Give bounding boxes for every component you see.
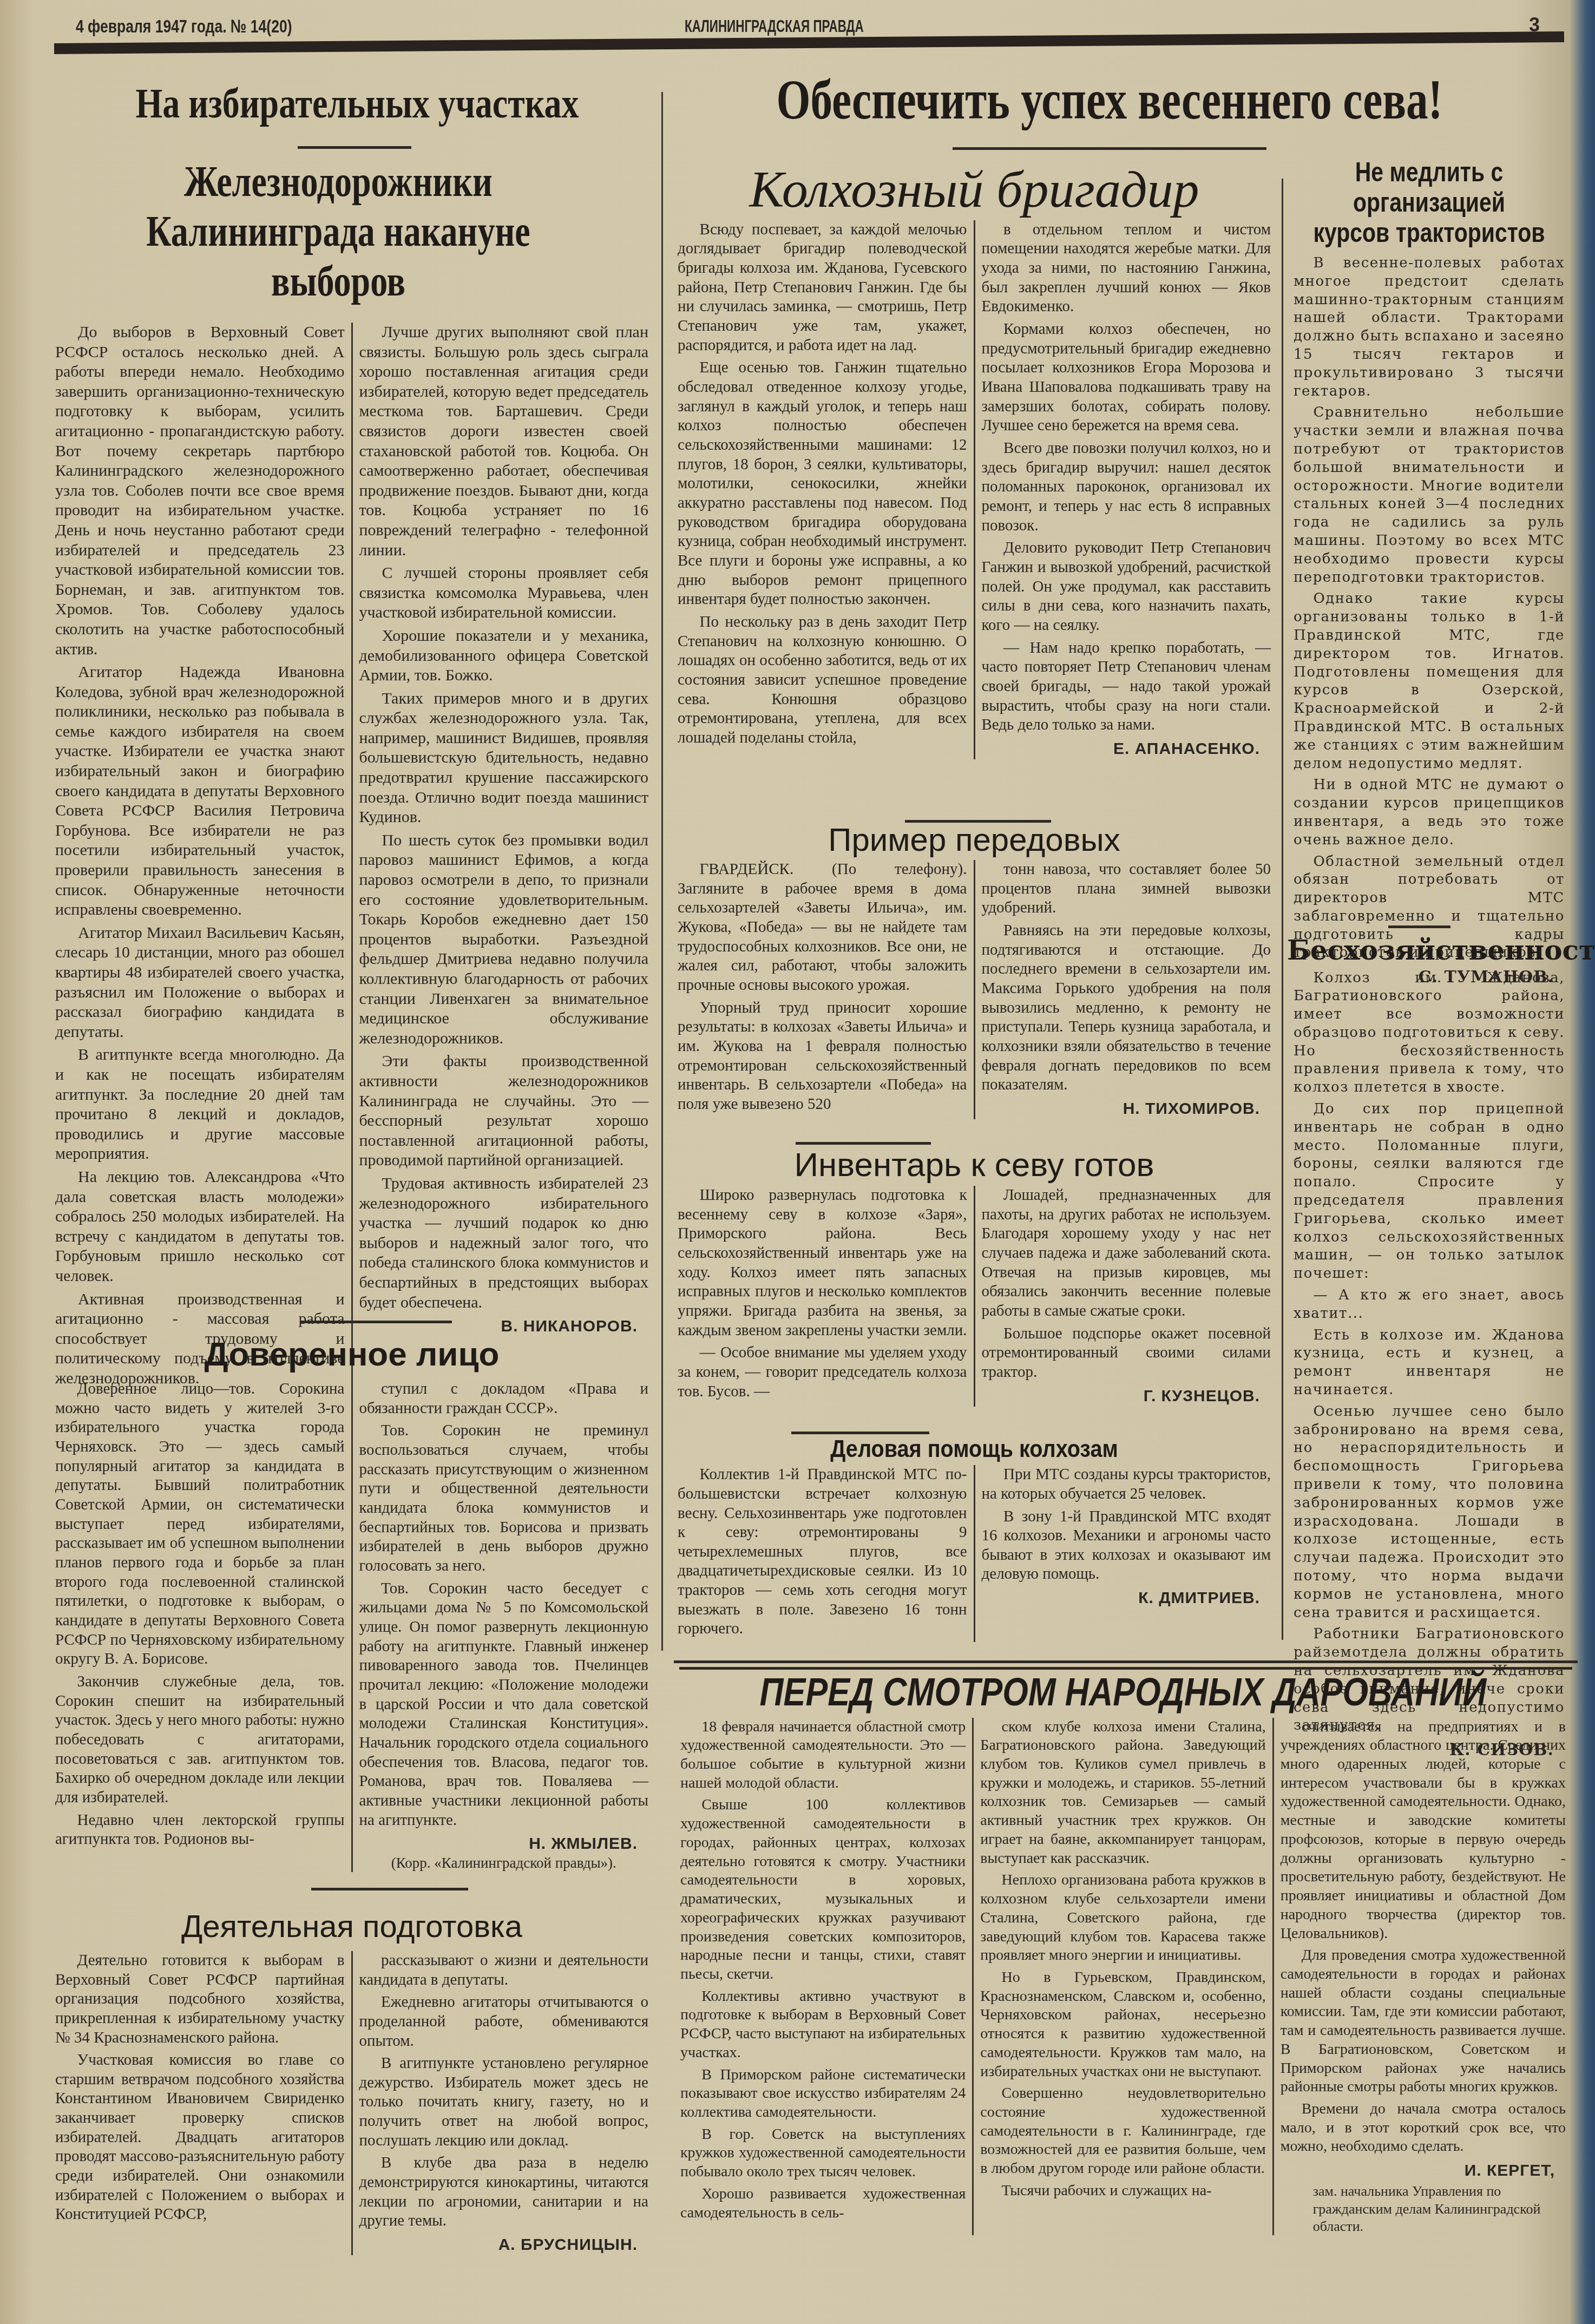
- paragraph: Лошадей, предназначенных для пахоты, на …: [982, 1186, 1271, 1321]
- paragraph: ском клубе колхоза имени Сталина, Баграт…: [980, 1718, 1265, 1868]
- banner-title: Обеспечить успех весеннего сева!: [767, 70, 1452, 129]
- paragraph: Деятельно готовится к выборам в Верховны…: [55, 1951, 345, 2047]
- article-column: ском клубе колхоза имени Сталина, Баграт…: [972, 1718, 1272, 2235]
- article-column: рассказывают о жизни и деятельности канд…: [351, 1951, 655, 2255]
- paragraph: Всего две повозки получил колхоз, но и з…: [982, 439, 1271, 535]
- article-title: ПЕРЕД СМОТРОМ НАРОДНЫХ ДАРОВАНИЙ: [741, 1672, 1505, 1718]
- byline: Е. АПАНАСЕНКО.: [982, 739, 1271, 759]
- article-kolkhoz-brigadier: Колхозный бригадир Всюду поспевает, за к…: [671, 162, 1277, 759]
- article-title: Колхозный бригадир: [671, 162, 1277, 220]
- paragraph: До сих пор прицепной инвентарь не собран…: [1294, 1100, 1565, 1283]
- rubric-title: На избирательных участках: [113, 81, 601, 126]
- paragraph: Ежедневно агитаторы отчитываются о проде…: [359, 1993, 649, 2051]
- newspaper-page: 4 февраля 1947 года. № 14(20) КАЛИНИНГРА…: [0, 0, 1595, 2324]
- paragraph: Ни в одной МТС не думают о создании курс…: [1294, 776, 1565, 849]
- article-column: ступил с докладом «Права и обязанности г…: [351, 1380, 655, 1872]
- article-column: ГВАРДЕЙСК. (По телефону). Загляните в ра…: [671, 860, 974, 1119]
- paragraph: Хорошие показатели и у механика, демобил…: [359, 626, 649, 686]
- article-folk-talents: ПЕРЕД СМОТРОМ НАРОДНЫХ ДАРОВАНИЙ 18 февр…: [674, 1672, 1572, 2235]
- paragraph: ступил с докладом «Права и обязанности г…: [359, 1380, 649, 1418]
- paragraph: Коллектив 1-й Правдинской МТС по-большев…: [678, 1465, 967, 1639]
- paragraph: В гор. Советск на выступлениях кружков х…: [680, 2125, 966, 2182]
- paragraph: Агитатор Михаил Васильевич Касьян, слеса…: [55, 923, 345, 1042]
- paragraph: По нескольку раз в день заходит Петр Сте…: [678, 613, 967, 748]
- paragraph: Деловито руководит Петр Степанович Ганжи…: [982, 539, 1271, 635]
- divider: [298, 146, 411, 149]
- paragraph: Агитатор Надежда Ивановна Коледова, зубн…: [55, 662, 345, 920]
- article-title: Доверенное лицо: [49, 1337, 655, 1380]
- paragraph: Тысячи рабочих и служащих на-: [980, 2182, 1265, 2201]
- paragraph: Трудовая активность избирателей 23 желез…: [359, 1174, 649, 1312]
- byline: Н. ТИХОМИРОВ.: [982, 1099, 1271, 1119]
- divider: [791, 1432, 929, 1434]
- paragraph: Сравнительно небольшие участки земли и в…: [1294, 404, 1565, 587]
- paragraph: Эти факты производственной активности же…: [359, 1052, 649, 1171]
- byline: К. ДМИТРИЕВ.: [982, 1588, 1271, 1609]
- paragraph: — Особое внимание мы уделяем уходу за ко…: [678, 1343, 967, 1401]
- article-column: В весенне-полевых работах многое предсто…: [1287, 254, 1571, 988]
- article-column: До выборов в Верховный Совет РСФСР остал…: [49, 323, 351, 1391]
- article-tractor-courses: Не медлить с организацией курсов трактор…: [1287, 157, 1571, 988]
- article-business-help: Деловая помощь колхозам Коллектив 1-й Пр…: [671, 1437, 1277, 1642]
- paragraph: В весенне-полевых работах многое предсто…: [1294, 254, 1565, 401]
- article-railway-workers: Железнодорожники Калининграда накануне в…: [22, 157, 655, 1391]
- column-divider: [1282, 179, 1283, 1640]
- article-column: считывается на предприятиях и в учрежден…: [1272, 1718, 1572, 2235]
- article-title: Не медлить с организацией курсов трактор…: [1312, 157, 1546, 254]
- section-rule: [679, 1667, 1572, 1670]
- article-title: Пример передовых: [671, 823, 1277, 860]
- paragraph: рассказывают о жизни и деятельности канд…: [359, 1951, 649, 1990]
- article-column: Коллектив 1-й Правдинской МТС по-большев…: [671, 1465, 974, 1642]
- paragraph: Широко развернулась подготовка к весенне…: [678, 1186, 967, 1340]
- byline-note: зам. начальника Управления по граждански…: [1281, 2183, 1566, 2235]
- paragraph: В агитпункте всегда многолюдно. Да и как…: [55, 1045, 345, 1164]
- article-column: Деятельно готовится к выборам в Верховны…: [49, 1951, 351, 2255]
- paragraph: В Приморском районе систематически показ…: [680, 2066, 966, 2122]
- divider: [311, 1888, 468, 1890]
- paragraph: Коллективы активно участвуют в подготовк…: [680, 1987, 966, 2063]
- divider: [300, 1321, 452, 1323]
- article-title: Деловая помощь колхозам: [701, 1437, 1247, 1465]
- paragraph: Однако такие курсы организованы только в…: [1294, 590, 1565, 773]
- article-leaders-example: Пример передовых ГВАРДЕЙСК. (По телефону…: [671, 823, 1277, 1119]
- paragraph: Неплохо организована работа кружков в ко…: [980, 1871, 1265, 1965]
- paragraph: Тов. Сорокин часто беседует с жильцами д…: [359, 1579, 649, 1830]
- section-rule: [674, 1660, 1578, 1663]
- paragraph: Совершенно неудовлетворительно состояние…: [980, 2084, 1265, 2178]
- article-column: Колхоз им. Жданова, Багратионовского рай…: [1287, 969, 1571, 1761]
- paragraph: Всюду поспевает, за каждой мелочью догля…: [678, 220, 967, 356]
- banner-spring-sowing: Обеспечить успех весеннего сева!: [671, 70, 1548, 129]
- paragraph: Но в Гурьевском, Правдинском, Краснознам…: [980, 1968, 1265, 2081]
- paragraph: Закончив служебные дела, тов. Сорокин сп…: [55, 1672, 345, 1808]
- paragraph: В зону 1-й Правдинской МТС входят 16 кол…: [982, 1507, 1271, 1585]
- article-column: Лучше других выполняют свой план связист…: [351, 323, 655, 1391]
- paragraph: Осенью лучшее сено было забронировано на…: [1294, 1403, 1565, 1623]
- paragraph: тонн навоза, что составляет более 50 про…: [982, 860, 1271, 918]
- paragraph: Колхоз им. Жданова, Багратионовского рай…: [1294, 969, 1565, 1098]
- paragraph: Для проведения смотра художественной сам…: [1281, 1946, 1566, 2097]
- issue-date: 4 февраля 1947 года. № 14(20): [76, 16, 292, 37]
- paragraph: в отдельном теплом и чистом помещении на…: [982, 220, 1271, 317]
- byline: В. НИКАНОРОВ.: [359, 1317, 649, 1337]
- paragraph: Доверенное лицо—тов. Сорокина можно част…: [55, 1380, 345, 1669]
- article-title: Железнодорожники Калининграда накануне в…: [85, 157, 592, 323]
- divider: [796, 1142, 931, 1145]
- paragraph: — А кто ж его знает, авось хватит...: [1294, 1286, 1565, 1323]
- article-column: Лошадей, предназначенных для пахоты, на …: [974, 1186, 1278, 1406]
- column-divider: [661, 92, 663, 1651]
- divider: [1388, 925, 1450, 928]
- paragraph: Недавно член лекторской группы агитпункт…: [55, 1811, 345, 1849]
- byline: Г. КУЗНЕЦОВ.: [982, 1387, 1271, 1407]
- article-column: Всюду поспевает, за каждой мелочью догля…: [671, 220, 974, 759]
- article-trusted-person: Доверенное лицо Доверенное лицо—тов. Сор…: [49, 1337, 655, 1872]
- article-equipment-ready: Инвентарь к севу готов Широко развернула…: [671, 1147, 1277, 1407]
- byline: Н. ЖМЫЛЕВ.: [359, 1834, 649, 1854]
- paragraph: Участковая комиссия во главе со старшим …: [55, 2051, 345, 2224]
- paragraph: Хорошо развивается художественная самоде…: [680, 2185, 966, 2222]
- paragraph: В агитпункте установлено регулярное дежу…: [359, 2054, 649, 2150]
- paragraph: Упорный труд приносит хорошие результаты…: [678, 999, 967, 1114]
- article-column: в отдельном теплом и чистом помещении на…: [974, 220, 1278, 759]
- paragraph: Свыше 100 коллективов художественной сам…: [680, 1796, 966, 1984]
- divider: [953, 147, 1266, 150]
- article-title: Деятельная подготовка: [49, 1911, 655, 1951]
- paragraph: Кормами колхоз обеспечен, но предусмотри…: [982, 320, 1271, 436]
- paragraph: При МТС созданы курсы трактористов, на к…: [982, 1465, 1271, 1504]
- paragraph: ГВАРДЕЙСК. (По телефону). Загляните в ра…: [678, 860, 967, 995]
- article-column: При МТС созданы курсы трактористов, на к…: [974, 1465, 1278, 1642]
- article-title: Бесхозяйственность: [1287, 936, 1571, 969]
- paragraph: До выборов в Верховный Совет РСФСР остал…: [55, 323, 345, 659]
- byline: И. КЕРГЕТ,: [1281, 2161, 1566, 2181]
- byline-note: (Корр. «Калининградской правды»).: [359, 1854, 649, 1872]
- paragraph: Еще осенью тов. Ганжин тщательно обследо…: [678, 358, 967, 609]
- article-column: 18 февраля начинается областной смотр ху…: [674, 1718, 972, 2235]
- paragraph: С лучшей стороны проявляет себя связистк…: [359, 563, 649, 623]
- article-mismanagement: Бесхозяйственность Колхоз им. Жданова, Б…: [1287, 936, 1571, 1761]
- paper-name: КАЛИНИНГРАДСКАЯ ПРАВДА: [685, 16, 864, 36]
- paragraph: — Нам надо крепко поработать, — часто по…: [982, 639, 1271, 735]
- paragraph: считывается на предприятиях и в учрежден…: [1281, 1718, 1566, 1944]
- paragraph: Времени до начала смотра осталось мало, …: [1281, 2100, 1566, 2156]
- article-column: Широко развернулась подготовка к весенне…: [671, 1186, 974, 1406]
- paragraph: Есть в колхозе им. Жданова кузница, есть…: [1294, 1327, 1565, 1400]
- paragraph: По шесть суток без промывки водил парово…: [359, 831, 649, 1049]
- paragraph: Равняясь на эти передовые колхозы, подтя…: [982, 921, 1271, 1095]
- article-column: тонн навоза, что составляет более 50 про…: [974, 860, 1278, 1119]
- paragraph: Лучше других выполняют свой план связист…: [359, 323, 649, 560]
- article-active-preparation: Деятельная подготовка Деятельно готовитс…: [49, 1911, 655, 2255]
- byline: А. БРУСНИЦЫН.: [359, 2235, 649, 2255]
- paragraph: Тов. Сорокин не преминул воспользоваться…: [359, 1421, 649, 1575]
- paragraph: На лекцию тов. Александрова «Что дала со…: [55, 1167, 345, 1286]
- rubric-elections: На избирательных участках: [60, 81, 655, 126]
- paragraph: Большое подспорье окажет посевной отремо…: [982, 1324, 1271, 1382]
- article-column: Доверенное лицо—тов. Сорокина можно част…: [49, 1380, 351, 1872]
- paragraph: 18 февраля начинается областной смотр ху…: [680, 1718, 966, 1793]
- paragraph: В клубе два раза в неделю демонстрируютс…: [359, 2154, 649, 2231]
- paragraph: Таких примеров много и в других службах …: [359, 689, 649, 828]
- article-title: Инвентарь к севу готов: [671, 1147, 1277, 1186]
